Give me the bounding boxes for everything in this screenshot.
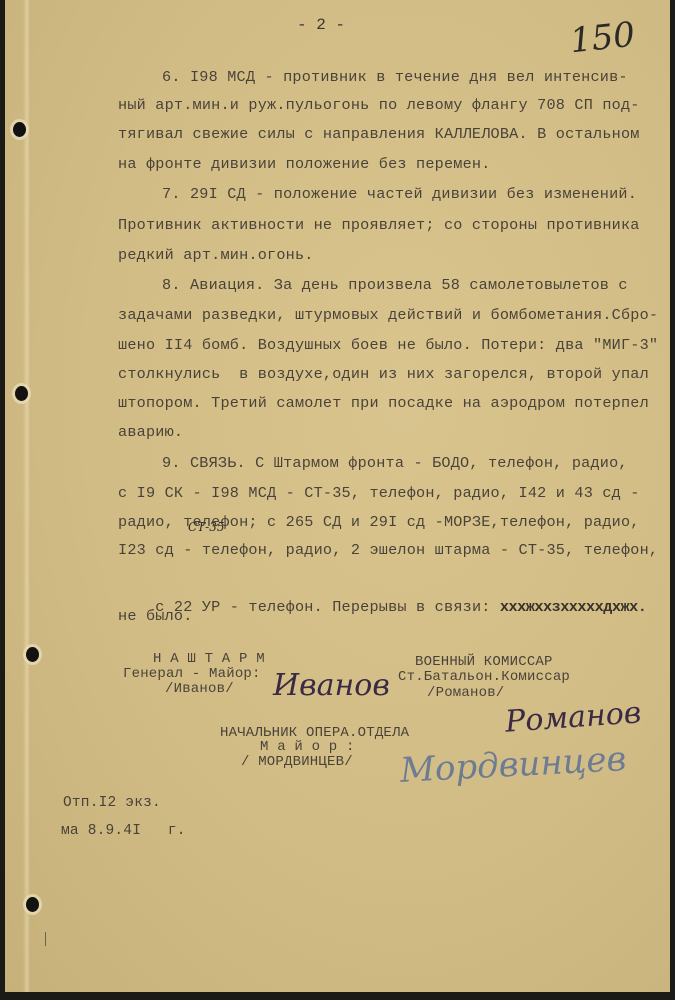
paragraph-7-line-3: редкий арт.мин.огонь.: [118, 248, 314, 263]
paragraph-6-line-1: 6. I98 МСД - противник в течение дня вел…: [162, 70, 628, 85]
paragraph-8-line-1: 8. Авиация. За день произвела 58 самолет…: [162, 278, 628, 293]
punch-hole: [26, 647, 39, 662]
paragraph-7-line-1: 7. 29I СД - положение частей дивизии без…: [162, 187, 637, 202]
operations-chief-title: НАЧАЛЬНИК ОПЕРА.ОТДЕЛА: [220, 726, 409, 740]
paragraph-9-line-6: не было.: [118, 609, 193, 624]
paragraph-8-line-5: штопором. Третий самолет при посадке на …: [118, 396, 649, 411]
commissar-rank: Ст.Батальон.Комиссар: [398, 670, 570, 684]
chief-of-staff-signature: Иванов: [273, 668, 390, 703]
paragraph-9-line-5-text: с 22 УР - телефон. Перерывы в связи:: [155, 598, 500, 616]
punch-hole: [13, 122, 26, 137]
folio-number: 150: [568, 15, 637, 62]
paper-fold: [23, 0, 31, 992]
paragraph-8-line-4: столкнулись в воздухе,один из них загоре…: [118, 367, 649, 382]
paragraph-8-line-2: задачами разведки, штурмовых действий и …: [118, 308, 658, 323]
operations-chief-rank: М а й о р :: [260, 740, 355, 754]
paragraph-9-line-5: с 22 УР - телефон. Перерывы в связи: xxx…: [118, 585, 646, 631]
paragraph-6-line-3: тягивал свежие силы с направления КАЛЛЕЛ…: [118, 127, 640, 142]
operations-chief-signature: Мордвинцев: [399, 739, 627, 791]
paragraph-6-line-2: ный арт.мин.и руж.пульогонь по левому фл…: [118, 98, 640, 113]
operations-chief-name: / МОРДВИНЦЕВ/: [241, 755, 353, 769]
struck-out-text: xxxжxxзххxxxдxжx.: [500, 598, 646, 616]
chief-of-staff-rank: Генерал - Майор:: [123, 667, 261, 681]
punch-hole: [26, 897, 39, 912]
paragraph-8-line-6: аварию.: [118, 425, 183, 440]
commissar-signature: Романов: [504, 695, 642, 739]
margin-mark: [45, 932, 46, 946]
document-page: - 2 - 150 6. I98 МСД - противник в течен…: [5, 0, 670, 992]
chief-of-staff-title: Н А Ш Т А Р М: [153, 652, 265, 666]
paragraph-9-line-2: с I9 СК - I98 МСД - СТ-35, телефон, ради…: [118, 486, 640, 501]
commissar-name: /Романов/: [427, 686, 504, 700]
punch-hole: [15, 386, 28, 401]
copies-note: Отп.I2 экз.: [63, 796, 161, 811]
paragraph-9-line-4: I23 сд - телефон, радио, 2 эшелон штарма…: [118, 543, 658, 558]
paragraph-6-line-4: на фронте дивизии положение без перемен.: [118, 157, 491, 172]
paragraph-7-line-2: Противник активности не проявляет; со ст…: [118, 218, 640, 233]
paragraph-9-line-1: 9. СВЯЗЬ. С Штармом фронта - БОДО, телеф…: [162, 456, 628, 471]
paragraph-8-line-3: шено II4 бомб. Воздушных боев не было. П…: [118, 338, 658, 353]
chief-of-staff-name: /Иванов/: [165, 682, 234, 696]
page-number: - 2 -: [297, 16, 345, 34]
commissar-title: ВОЕННЫЙ КОМИССАР: [415, 655, 553, 669]
handwritten-insert: СТ-35: [188, 520, 225, 534]
date-note: ма 8.9.4I г.: [61, 824, 186, 839]
